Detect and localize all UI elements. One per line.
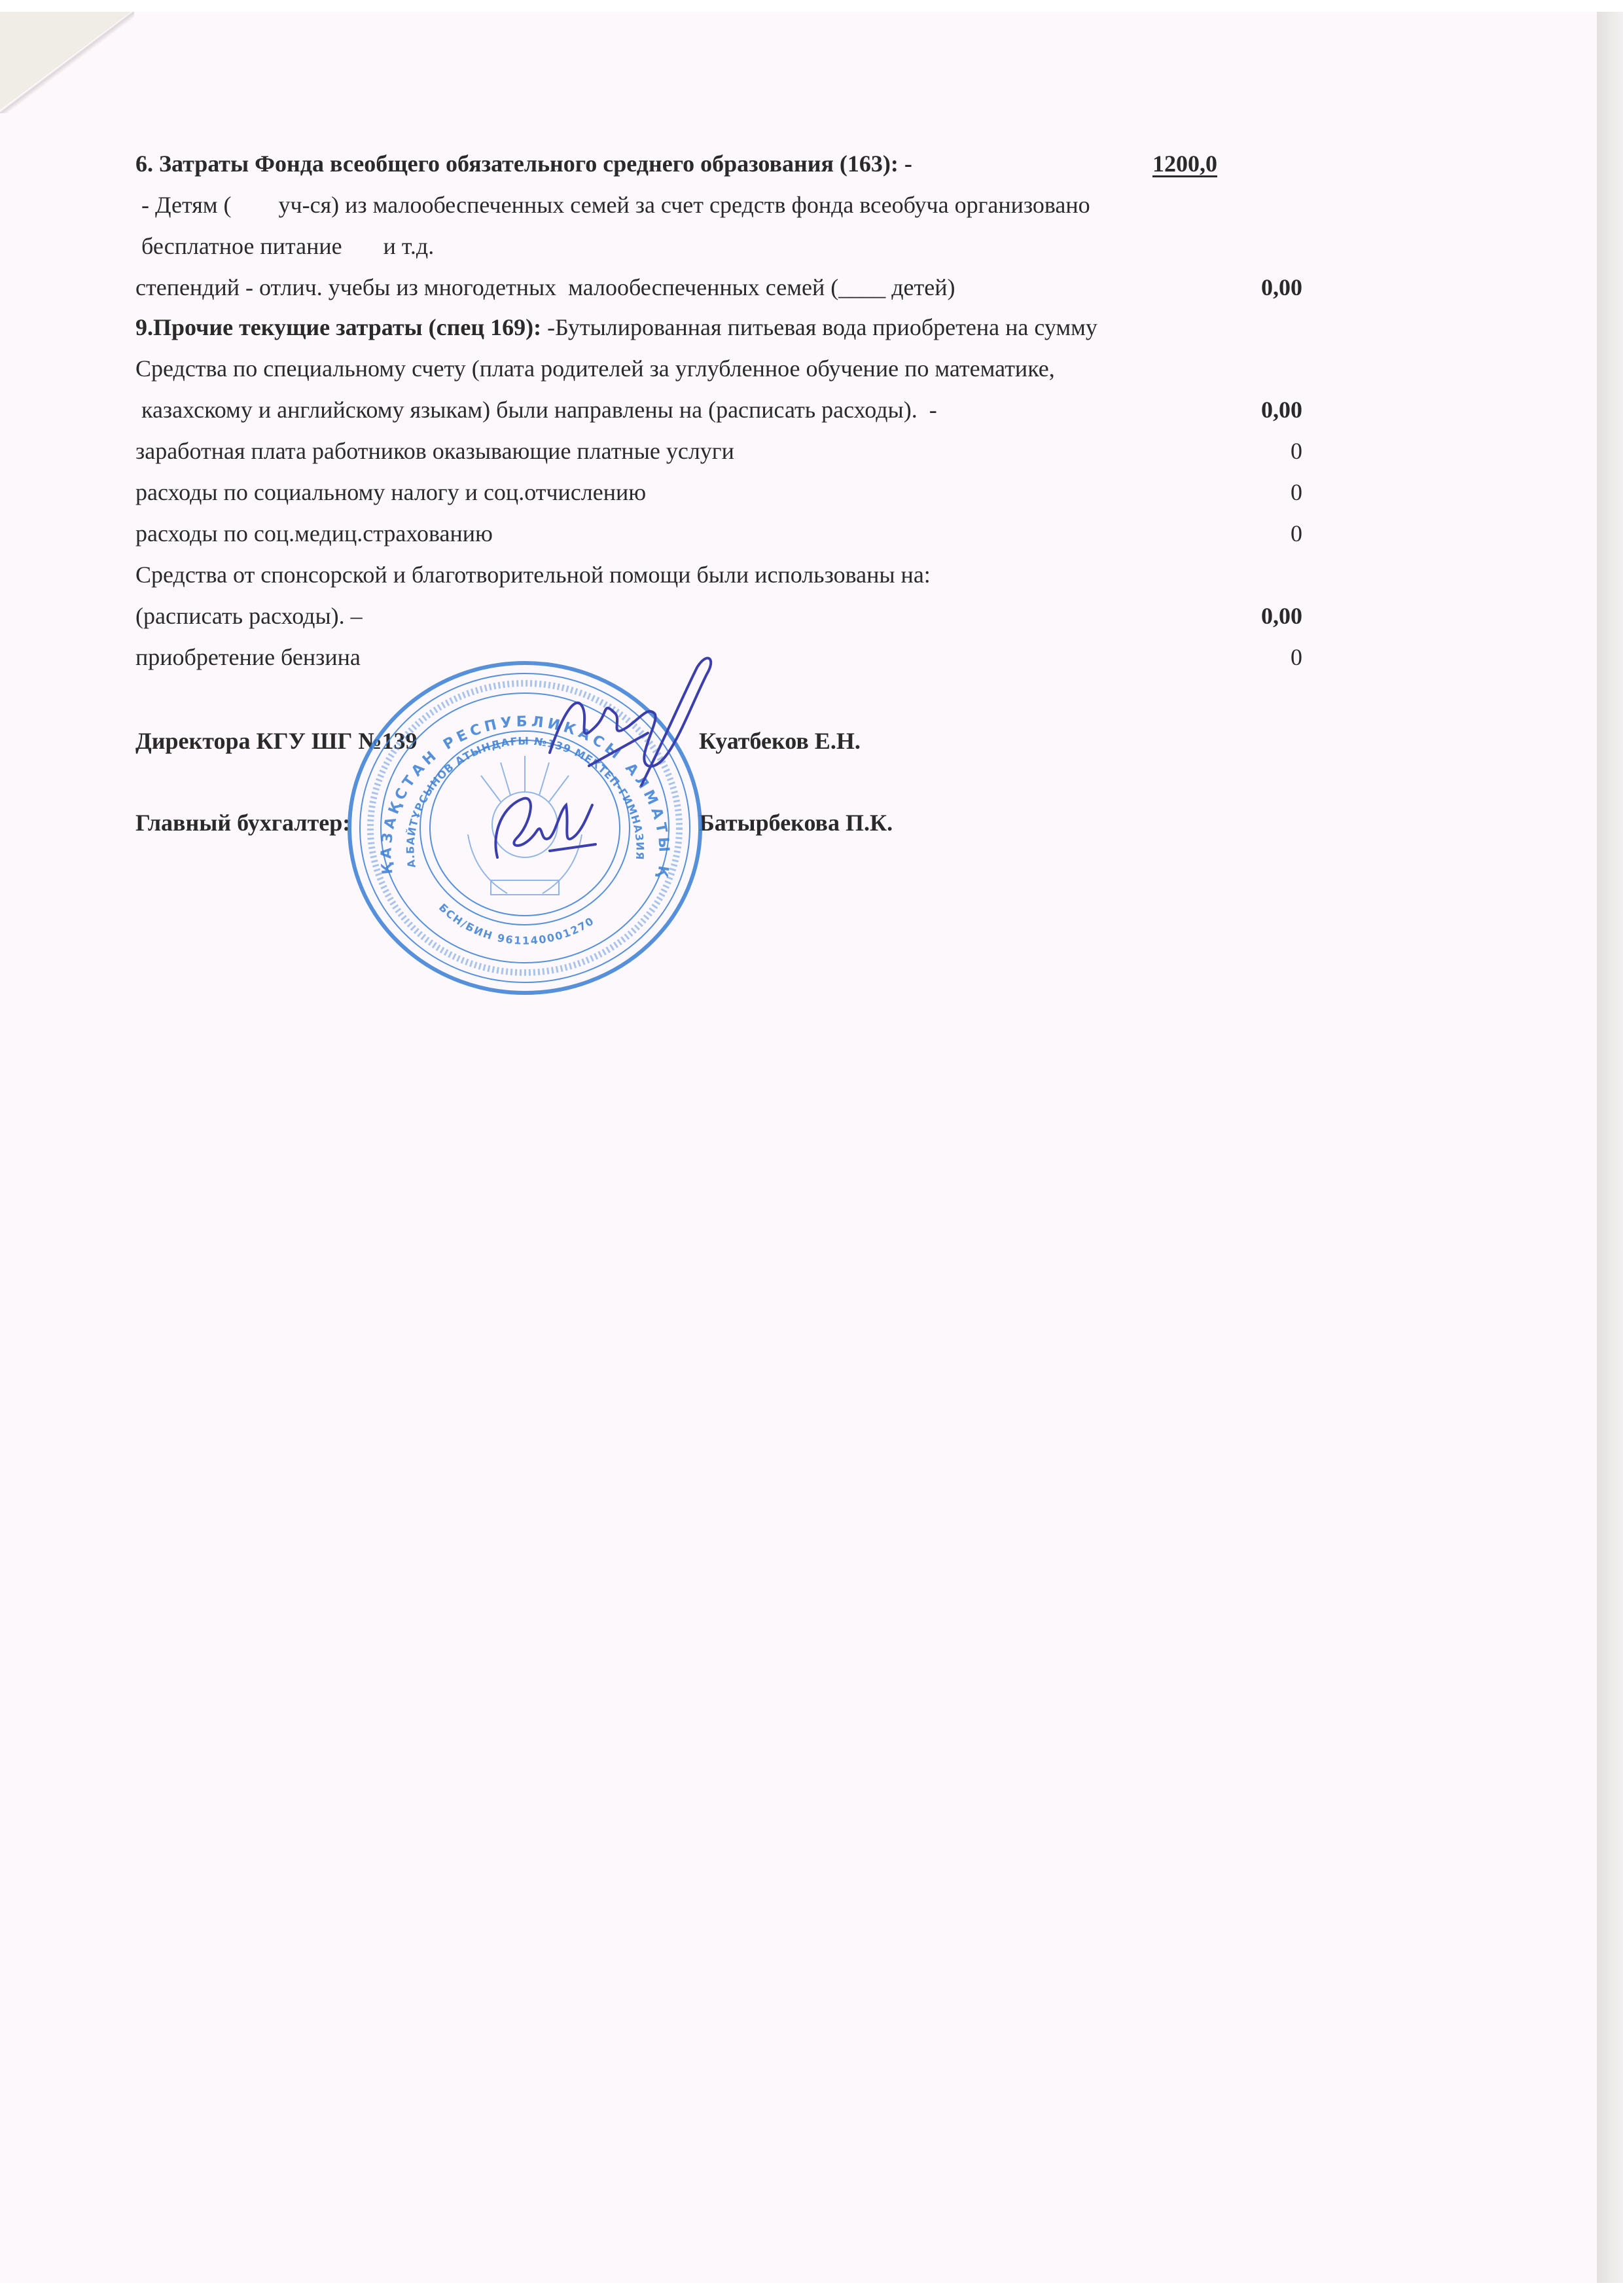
special-account-item-label: расходы по соц.медиц.страхованию bbox=[135, 519, 1307, 548]
sponsorship-line2: (расписать расходы). – bbox=[135, 601, 1307, 630]
section6-line1: - Детям ( уч-ся) из малообеспеченных сем… bbox=[135, 190, 1307, 219]
section6-title: 6. Затраты Фонда всеобщего обязательного… bbox=[135, 149, 1307, 178]
section6-line3-amount: 0,00 bbox=[1230, 273, 1302, 302]
accountant-role: Главный бухгалтер: bbox=[135, 808, 350, 837]
section6-amount: 1200,0 bbox=[1139, 149, 1217, 178]
section9-title-rest: -Бутылированная питьевая вода приобретен… bbox=[547, 314, 1097, 340]
document-page bbox=[0, 12, 1597, 2283]
special-account-item-label: заработная плата работников оказывающие … bbox=[135, 437, 1307, 465]
section9-title: 9.Прочие текущие затраты (спец 169): bbox=[135, 314, 547, 340]
special-account-item-value: 0 bbox=[1263, 519, 1302, 548]
section6-line2: бесплатное питание и т.д. bbox=[135, 232, 1307, 260]
section9-line: 9.Прочие текущие затраты (спец 169): -Бу… bbox=[135, 313, 1307, 342]
section6-line3: степендий - отлич. учебы из многодетных … bbox=[135, 273, 1307, 302]
sponsorship-item-value: 0 bbox=[1263, 643, 1302, 672]
special-account-item-label: расходы по социальному налогу и соц.отчи… bbox=[135, 478, 1307, 507]
special-account-line2: казахскому и английскому языкам) были на… bbox=[135, 395, 1307, 424]
special-account-item-value: 0 bbox=[1263, 437, 1302, 465]
special-account-total: 0,00 bbox=[1230, 395, 1302, 424]
sponsorship-total: 0,00 bbox=[1230, 601, 1302, 630]
scan-margin bbox=[1597, 12, 1623, 2283]
special-account-item-value: 0 bbox=[1263, 478, 1302, 507]
special-account-line1: Средства по специальному счету (плата ро… bbox=[135, 354, 1307, 383]
fold-shadow bbox=[0, 12, 134, 113]
sponsorship-line1: Средства от спонсорской и благотворитель… bbox=[135, 560, 1307, 589]
accountant-signature bbox=[484, 785, 602, 870]
